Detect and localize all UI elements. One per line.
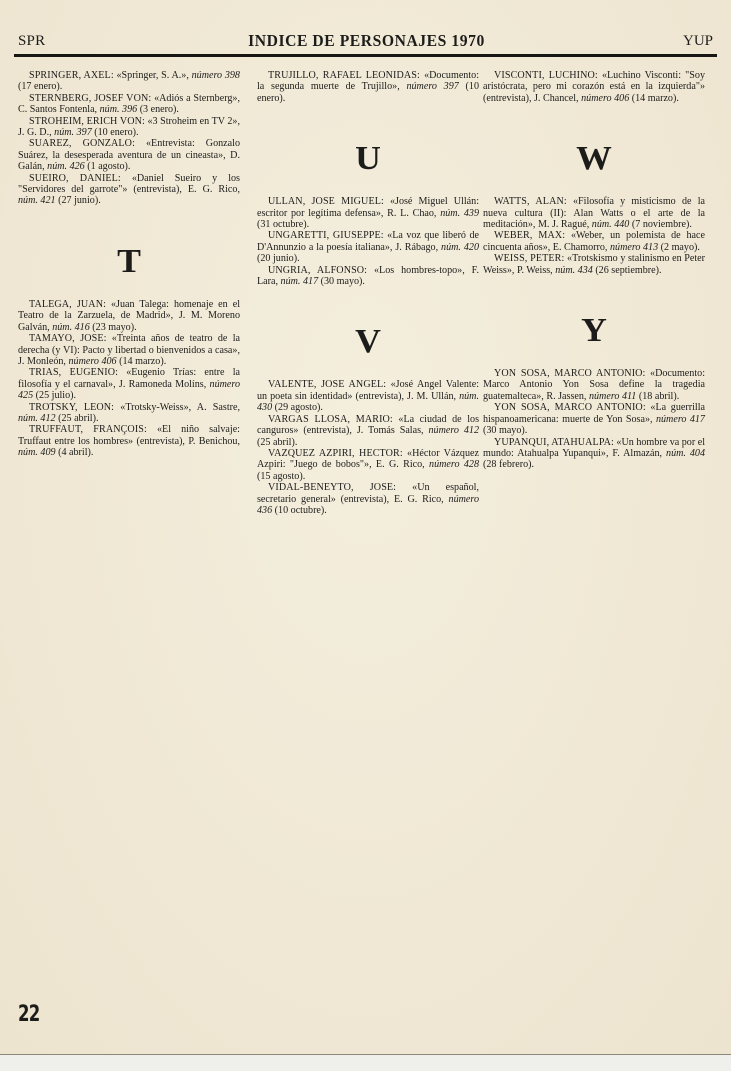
entry-person-name: STERNBERG, JOSEF VON: (29, 93, 151, 104)
entry-issue-number: núm. 397 (54, 127, 92, 138)
entry-issue-number: número 406 (581, 93, 629, 104)
index-entry: TRIAS, EUGENIO: «Eugenio Trías: entre la… (18, 367, 240, 401)
entry-issue-number: núm. 439 (440, 208, 479, 219)
entry-issue-number: número 412 (428, 425, 479, 436)
entry-person-name: STROHEIM, ERICH VON: (29, 116, 145, 127)
entry-person-name: SUEIRO, DANIEL: (29, 173, 121, 184)
spacer (18, 279, 240, 299)
entry-person-name: UNGRIA, ALFONSO: (268, 265, 367, 276)
index-column-2: TRUJILLO, RAFAEL LEONIDAS: «Documento: l… (257, 70, 479, 516)
entry-date: (15 agosto). (257, 471, 305, 482)
entry-person-name: UNGARETTI, GIUSEPPE: (268, 230, 384, 241)
index-entry: UNGRIA, ALFONSO: «Los hombres-topo», F. … (257, 265, 479, 288)
entry-date: (17 enero). (18, 81, 62, 92)
entry-date: (25 abril). (257, 437, 297, 448)
spacer (483, 104, 705, 142)
page-number: 22 (18, 1002, 39, 1027)
entry-date: (10 enero). (92, 127, 139, 138)
index-entry: VARGAS LLOSA, MARIO: «La ciudad de los c… (257, 414, 479, 448)
running-head: SPR INDICE DE PERSONAJES 1970 YUP (18, 30, 715, 52)
spacer (483, 276, 705, 314)
entry-date: (14 marzo). (117, 356, 167, 367)
index-column-3: VISCONTI, LUCHINO: «Luchino Visconti: "S… (483, 70, 705, 471)
entry-issue-number: núm. 426 (47, 161, 85, 172)
entry-issue-number: núm. 412 (18, 413, 56, 424)
entry-issue-number: núm. 421 (18, 195, 56, 206)
entry-person-name: ULLAN, JOSE MIGUEL: (268, 196, 384, 207)
entry-person-name: SPRINGER, AXEL: (29, 70, 114, 81)
entry-person-name: WEISS, PETER: (494, 253, 564, 264)
entry-person-name: VARGAS LLOSA, MARIO: (268, 414, 393, 425)
entry-issue-number: número 406 (68, 356, 116, 367)
index-entry: STERNBERG, JOSEF VON: «Adiós a Sternberg… (18, 93, 240, 116)
entry-issue-number: número 398 (192, 70, 240, 81)
entry-date: (27 junio). (56, 195, 101, 206)
entry-issue-number: número 428 (429, 459, 479, 470)
index-entry: TRUJILLO, RAFAEL LEONIDAS: «Documento: l… (257, 70, 479, 104)
entry-date: (1 agosto). (85, 161, 131, 172)
entry-issue-number: núm. 404 (666, 448, 705, 459)
index-entry: VIDAL-BENEYTO, JOSE: «Un español, secret… (257, 482, 479, 516)
index-entry: VISCONTI, LUCHINO: «Luchino Visconti: "S… (483, 70, 705, 104)
entry-date: (28 febrero). (483, 459, 534, 470)
entry-person-name: VISCONTI, LUCHINO: (494, 70, 598, 81)
index-entry: WEISS, PETER: «Trotskismo y stalinismo e… (483, 253, 705, 276)
index-entry: SPRINGER, AXEL: «Springer, S. A.», númer… (18, 70, 240, 93)
index-entry: YUPANQUI, ATAHUALPA: «Un hombre va por e… (483, 437, 705, 471)
entry-issue-number: número 397 (406, 81, 458, 92)
entry-issue-number: núm. 396 (100, 104, 138, 115)
entry-person-name: YON SOSA, MARCO ANTONIO: (494, 368, 645, 379)
entry-date: (20 junio). (257, 253, 300, 264)
index-entry: TROTSKY, LEON: «Trotsky-Weiss», A. Sastr… (18, 402, 240, 425)
section-letter: U (251, 142, 484, 176)
entry-person-name: WEBER, MAX: (494, 230, 565, 241)
index-entry: WEBER, MAX: «Weber, un polemista de hace… (483, 230, 705, 253)
magazine-page: SPR INDICE DE PERSONAJES 1970 YUP SPRING… (0, 0, 731, 1054)
entry-person-name: TROTSKY, LEON: (29, 402, 114, 413)
entry-issue-number: núm. 434 (555, 265, 593, 276)
section-letter: W (477, 142, 710, 176)
entry-date: (2 mayo). (658, 242, 700, 253)
spacer (257, 287, 479, 325)
entry-issue-number: núm. 417 (281, 276, 319, 287)
entry-date: (3 enero). (137, 104, 179, 115)
index-entry: TALEGA, JUAN: «Juan Talega: homenaje en … (18, 299, 240, 333)
entry-date: (26 septiembre). (593, 265, 662, 276)
spacer (18, 207, 240, 245)
index-entry: YON SOSA, MARCO ANTONIO: «Documento: Mar… (483, 368, 705, 402)
entry-date: (18 abril). (636, 391, 679, 402)
entry-date: (7 noviembre). (629, 219, 692, 230)
index-entry: ULLAN, JOSE MIGUEL: «José Miguel Ullán: … (257, 196, 479, 230)
entry-issue-number: núm. 420 (441, 242, 479, 253)
header-rule (14, 54, 717, 57)
entry-person-name: TRIAS, EUGENIO: (29, 367, 118, 378)
index-entry: VALENTE, JOSE ANGEL: «José Angel Valente… (257, 379, 479, 413)
index-entry: SUAREZ, GONZALO: «Entrevista: Gonzalo Su… (18, 138, 240, 172)
entry-issue-number: número 411 (589, 391, 636, 402)
entry-date: (14 marzo). (629, 93, 679, 104)
entry-article: «Springer, S. A.», (114, 70, 192, 81)
entry-person-name: YON SOSA, MARCO ANTONIO: (494, 402, 646, 413)
entry-date: (30 mayo). (483, 425, 527, 436)
header-range-start: SPR (18, 33, 45, 50)
entry-date: (25 abril). (56, 413, 99, 424)
entry-person-name: VALENTE, JOSE ANGEL: (268, 379, 386, 390)
spacer (257, 359, 479, 379)
entry-issue-number: núm. 416 (52, 322, 90, 333)
entry-date: (30 mayo). (318, 276, 365, 287)
index-entry: SUEIRO, DANIEL: «Daniel Sueiro y los "Se… (18, 173, 240, 207)
page-title: INDICE DE PERSONAJES 1970 (46, 31, 687, 51)
entry-date: (31 octubre). (257, 219, 309, 230)
section-letter: Y (477, 314, 710, 348)
index-entry: YON SOSA, MARCO ANTONIO: «La guerrilla h… (483, 402, 705, 436)
index-entry: TAMAYO, JOSE: «Treinta años de teatro de… (18, 333, 240, 367)
index-entry: UNGARETTI, GIUSEPPE: «La voz que liberó … (257, 230, 479, 264)
header-range-end: YUP (683, 33, 713, 50)
index-entry: VAZQUEZ AZPIRI, HECTOR: «Héctor Vázquez … (257, 448, 479, 482)
spacer (257, 104, 479, 142)
entry-date: (29 agosto). (272, 402, 323, 413)
spacer (483, 348, 705, 368)
spacer (257, 176, 479, 196)
index-column-1: SPRINGER, AXEL: «Springer, S. A.», númer… (18, 70, 240, 459)
entry-issue-number: número 417 (656, 414, 705, 425)
entry-date: (25 julio). (33, 390, 76, 401)
index-entry: STROHEIM, ERICH VON: «3 Stroheim en TV 2… (18, 116, 240, 139)
entry-person-name: TRUFFAUT, FRANÇOIS: (29, 424, 147, 435)
entry-person-name: TAMAYO, JOSE: (29, 333, 107, 344)
entry-person-name: VIDAL-BENEYTO, JOSE: (268, 482, 396, 493)
entry-issue-number: núm. 440 (592, 219, 630, 230)
index-entry: WATTS, ALAN: «Filosofía y misticismo de … (483, 196, 705, 230)
entry-person-name: SUAREZ, GONZALO: (29, 138, 135, 149)
section-letter: T (12, 245, 245, 279)
entry-person-name: YUPANQUI, ATAHUALPA: (494, 437, 614, 448)
index-entry: TRUFFAUT, FRANÇOIS: «El niño salvaje: Tr… (18, 424, 240, 458)
entry-issue-number: número 413 (610, 242, 658, 253)
entry-date: (4 abril). (56, 447, 94, 458)
section-letter: V (251, 325, 484, 359)
entry-date: (23 mayo). (90, 322, 137, 333)
entry-person-name: TALEGA, JUAN: (29, 299, 106, 310)
entry-person-name: WATTS, ALAN: (494, 196, 567, 207)
entry-person-name: VAZQUEZ AZPIRI, HECTOR: (268, 448, 403, 459)
entry-person-name: TRUJILLO, RAFAEL LEONIDAS: (268, 70, 420, 81)
spacer (483, 176, 705, 196)
entry-issue-number: núm. 409 (18, 447, 56, 458)
entry-date: (10 octubre). (272, 505, 327, 516)
entry-article: «Trotsky-Weiss», A. Sastre, (114, 402, 240, 413)
